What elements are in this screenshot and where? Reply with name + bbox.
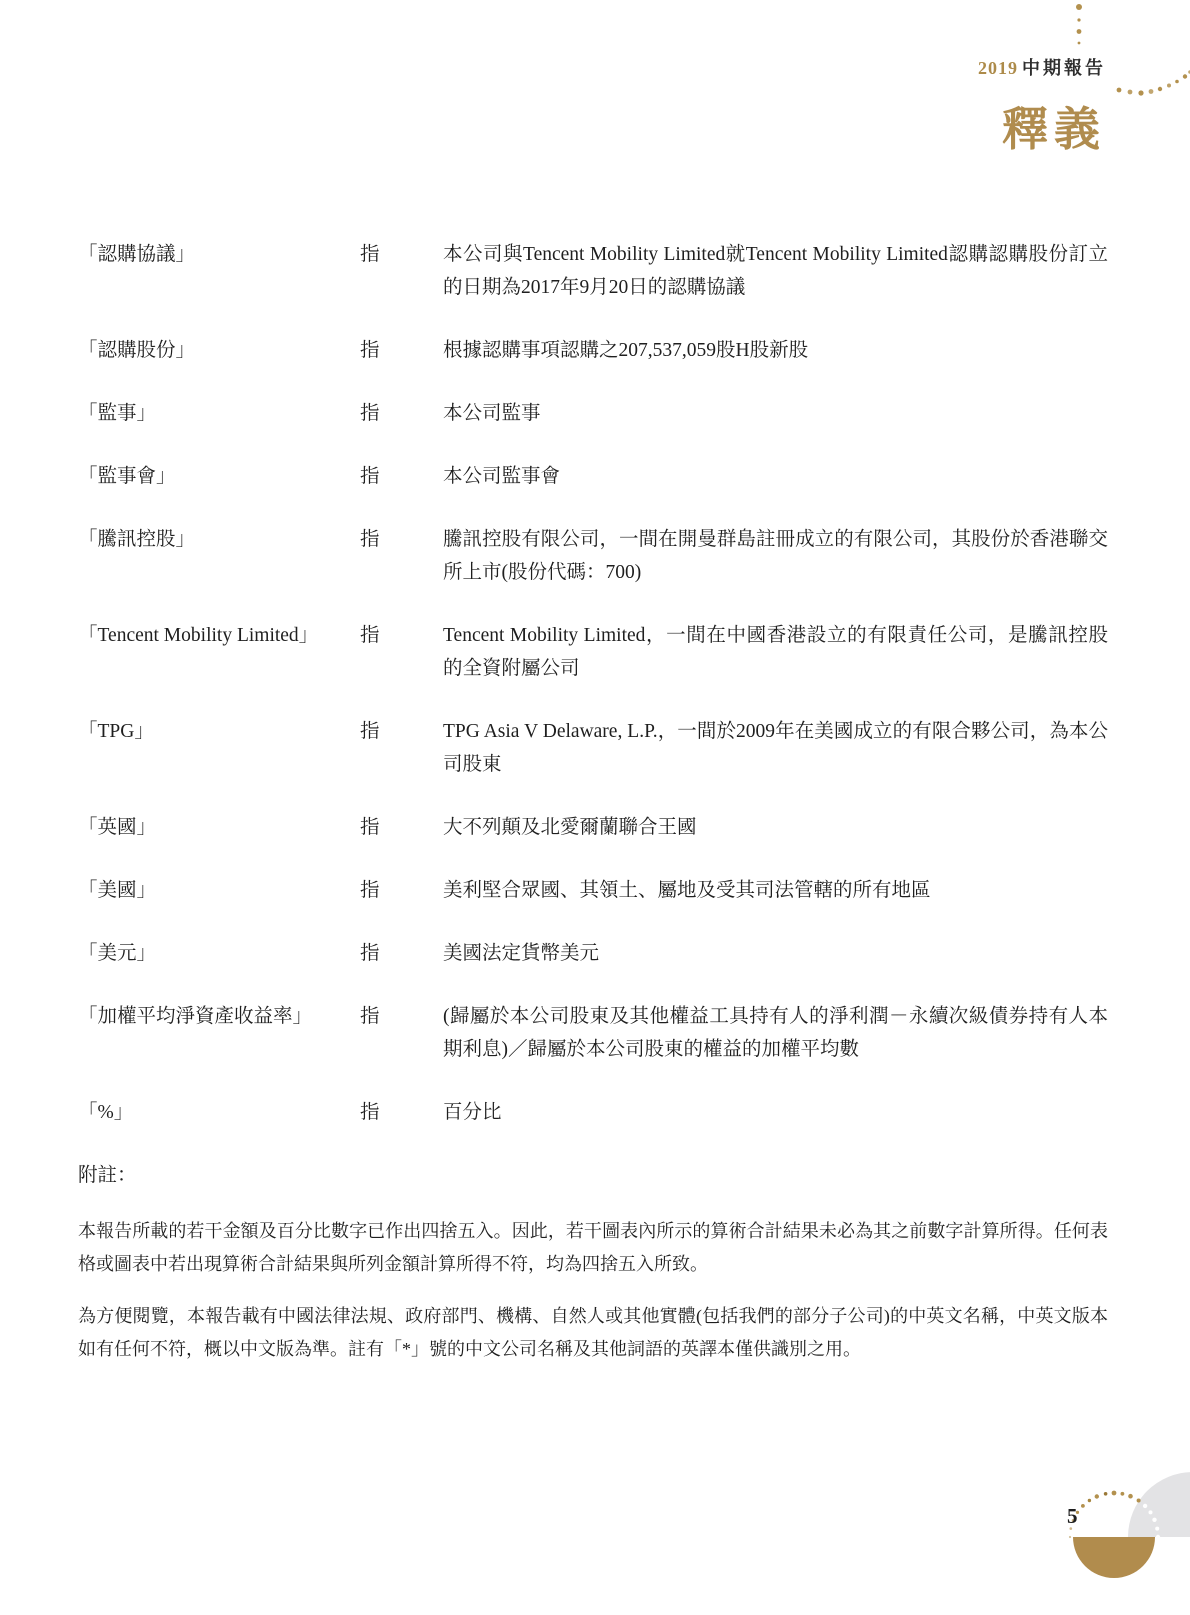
definition-term: 「美國」 [78, 874, 360, 907]
definition-means: 指 [360, 238, 443, 304]
definition-means: 指 [360, 397, 443, 430]
definition-means: 指 [360, 334, 443, 367]
definition-means: 指 [360, 937, 443, 970]
note-paragraph: 為方便閱覽，本報告載有中國法律法規、政府部門、機構、自然人或其他實體(包括我們的… [78, 1300, 1108, 1366]
definition-row: 「認購協議」 指 本公司與Tencent Mobility Limited就Te… [78, 238, 1108, 304]
definition-means: 指 [360, 460, 443, 493]
definition-text: 騰訊控股有限公司，一間在開曼群島註冊成立的有限公司，其股份於香港聯交所上市(股份… [443, 523, 1108, 589]
notes-label: 附註： [78, 1159, 1108, 1192]
definition-term: 「Tencent Mobility Limited」 [78, 619, 360, 685]
gold-half-circle-icon [1073, 1537, 1155, 1578]
definition-row: 「騰訊控股」 指 騰訊控股有限公司，一間在開曼群島註冊成立的有限公司，其股份於香… [78, 523, 1108, 589]
definition-row: 「美元」 指 美國法定貨幣美元 [78, 937, 1108, 970]
definition-row: 「認購股份」 指 根據認購事項認購之207,537,059股H股新股 [78, 334, 1108, 367]
definition-row: 「監事會」 指 本公司監事會 [78, 460, 1108, 493]
report-year: 2019 [978, 58, 1018, 78]
definition-text: Tencent Mobility Limited，一間在中國香港設立的有限責任公… [443, 619, 1108, 685]
definition-term: 「監事」 [78, 397, 360, 430]
bottom-right-circles-decoration [1060, 1460, 1190, 1590]
definition-means: 指 [360, 619, 443, 685]
definition-term: 「%」 [78, 1096, 360, 1129]
definition-term: 「加權平均淨資產收益率」 [78, 1000, 360, 1066]
definition-text: 大不列顛及北愛爾蘭聯合王國 [443, 811, 1108, 844]
definition-text: (歸屬於本公司股東及其他權益工具持有人的淨利潤－永續次級債券持有人本期利息)／歸… [443, 1000, 1108, 1066]
definition-text: 本公司與Tencent Mobility Limited就Tencent Mob… [443, 238, 1108, 304]
definition-text: 本公司監事會 [443, 460, 1108, 493]
definition-text: 美國法定貨幣美元 [443, 937, 1108, 970]
note-paragraph: 本報告所載的若干金額及百分比數字已作出四捨五入。因此，若干圖表內所示的算術合計結… [78, 1215, 1108, 1281]
definition-row: 「%」 指 百分比 [78, 1096, 1108, 1129]
definitions-list: 「認購協議」 指 本公司與Tencent Mobility Limited就Te… [78, 238, 1108, 1385]
definition-term: 「騰訊控股」 [78, 523, 360, 589]
definition-means: 指 [360, 715, 443, 781]
page-number: 5 [1067, 1504, 1078, 1529]
vertical-dotted-line-icon [1076, 4, 1082, 44]
report-title: 中期報告 [1022, 58, 1106, 78]
definition-row: 「加權平均淨資產收益率」 指 (歸屬於本公司股東及其他權益工具持有人的淨利潤－永… [78, 1000, 1108, 1066]
definition-means: 指 [360, 1096, 443, 1129]
report-title-line: 2019中期報告 [978, 56, 1103, 80]
top-right-dots-decoration [1060, 0, 1190, 110]
definition-term: 「美元」 [78, 937, 360, 970]
definition-text: TPG Asia V Delaware, L.P.，一間於2009年在美國成立的… [443, 715, 1108, 781]
definition-means: 指 [360, 1000, 443, 1066]
definition-row: 「英國」 指 大不列顛及北愛爾蘭聯合王國 [78, 811, 1108, 844]
definition-means: 指 [360, 874, 443, 907]
definition-means: 指 [360, 811, 443, 844]
definition-term: 「英國」 [78, 811, 360, 844]
page-title: 釋義 [1002, 104, 1106, 156]
definition-row: 「Tencent Mobility Limited」 指 Tencent Mob… [78, 619, 1108, 685]
definition-row: 「TPG」 指 TPG Asia V Delaware, L.P.，一間於200… [78, 715, 1108, 781]
definition-row: 「美國」 指 美利堅合眾國、其領土、屬地及受其司法管轄的所有地區 [78, 874, 1108, 907]
definition-term: 「監事會」 [78, 460, 360, 493]
definition-term: 「認購協議」 [78, 238, 360, 304]
gray-half-circle-icon [1128, 1472, 1190, 1537]
definition-term: 「認購股份」 [78, 334, 360, 367]
definition-means: 指 [360, 523, 443, 589]
definition-term: 「TPG」 [78, 715, 360, 781]
definition-text: 本公司監事 [443, 397, 1108, 430]
definition-text: 美利堅合眾國、其領土、屬地及受其司法管轄的所有地區 [443, 874, 1108, 907]
dotted-arc-icon [1117, 70, 1190, 95]
definition-row: 「監事」 指 本公司監事 [78, 397, 1108, 430]
definition-text: 百分比 [443, 1096, 1108, 1129]
definition-text: 根據認購事項認購之207,537,059股H股新股 [443, 334, 1108, 367]
